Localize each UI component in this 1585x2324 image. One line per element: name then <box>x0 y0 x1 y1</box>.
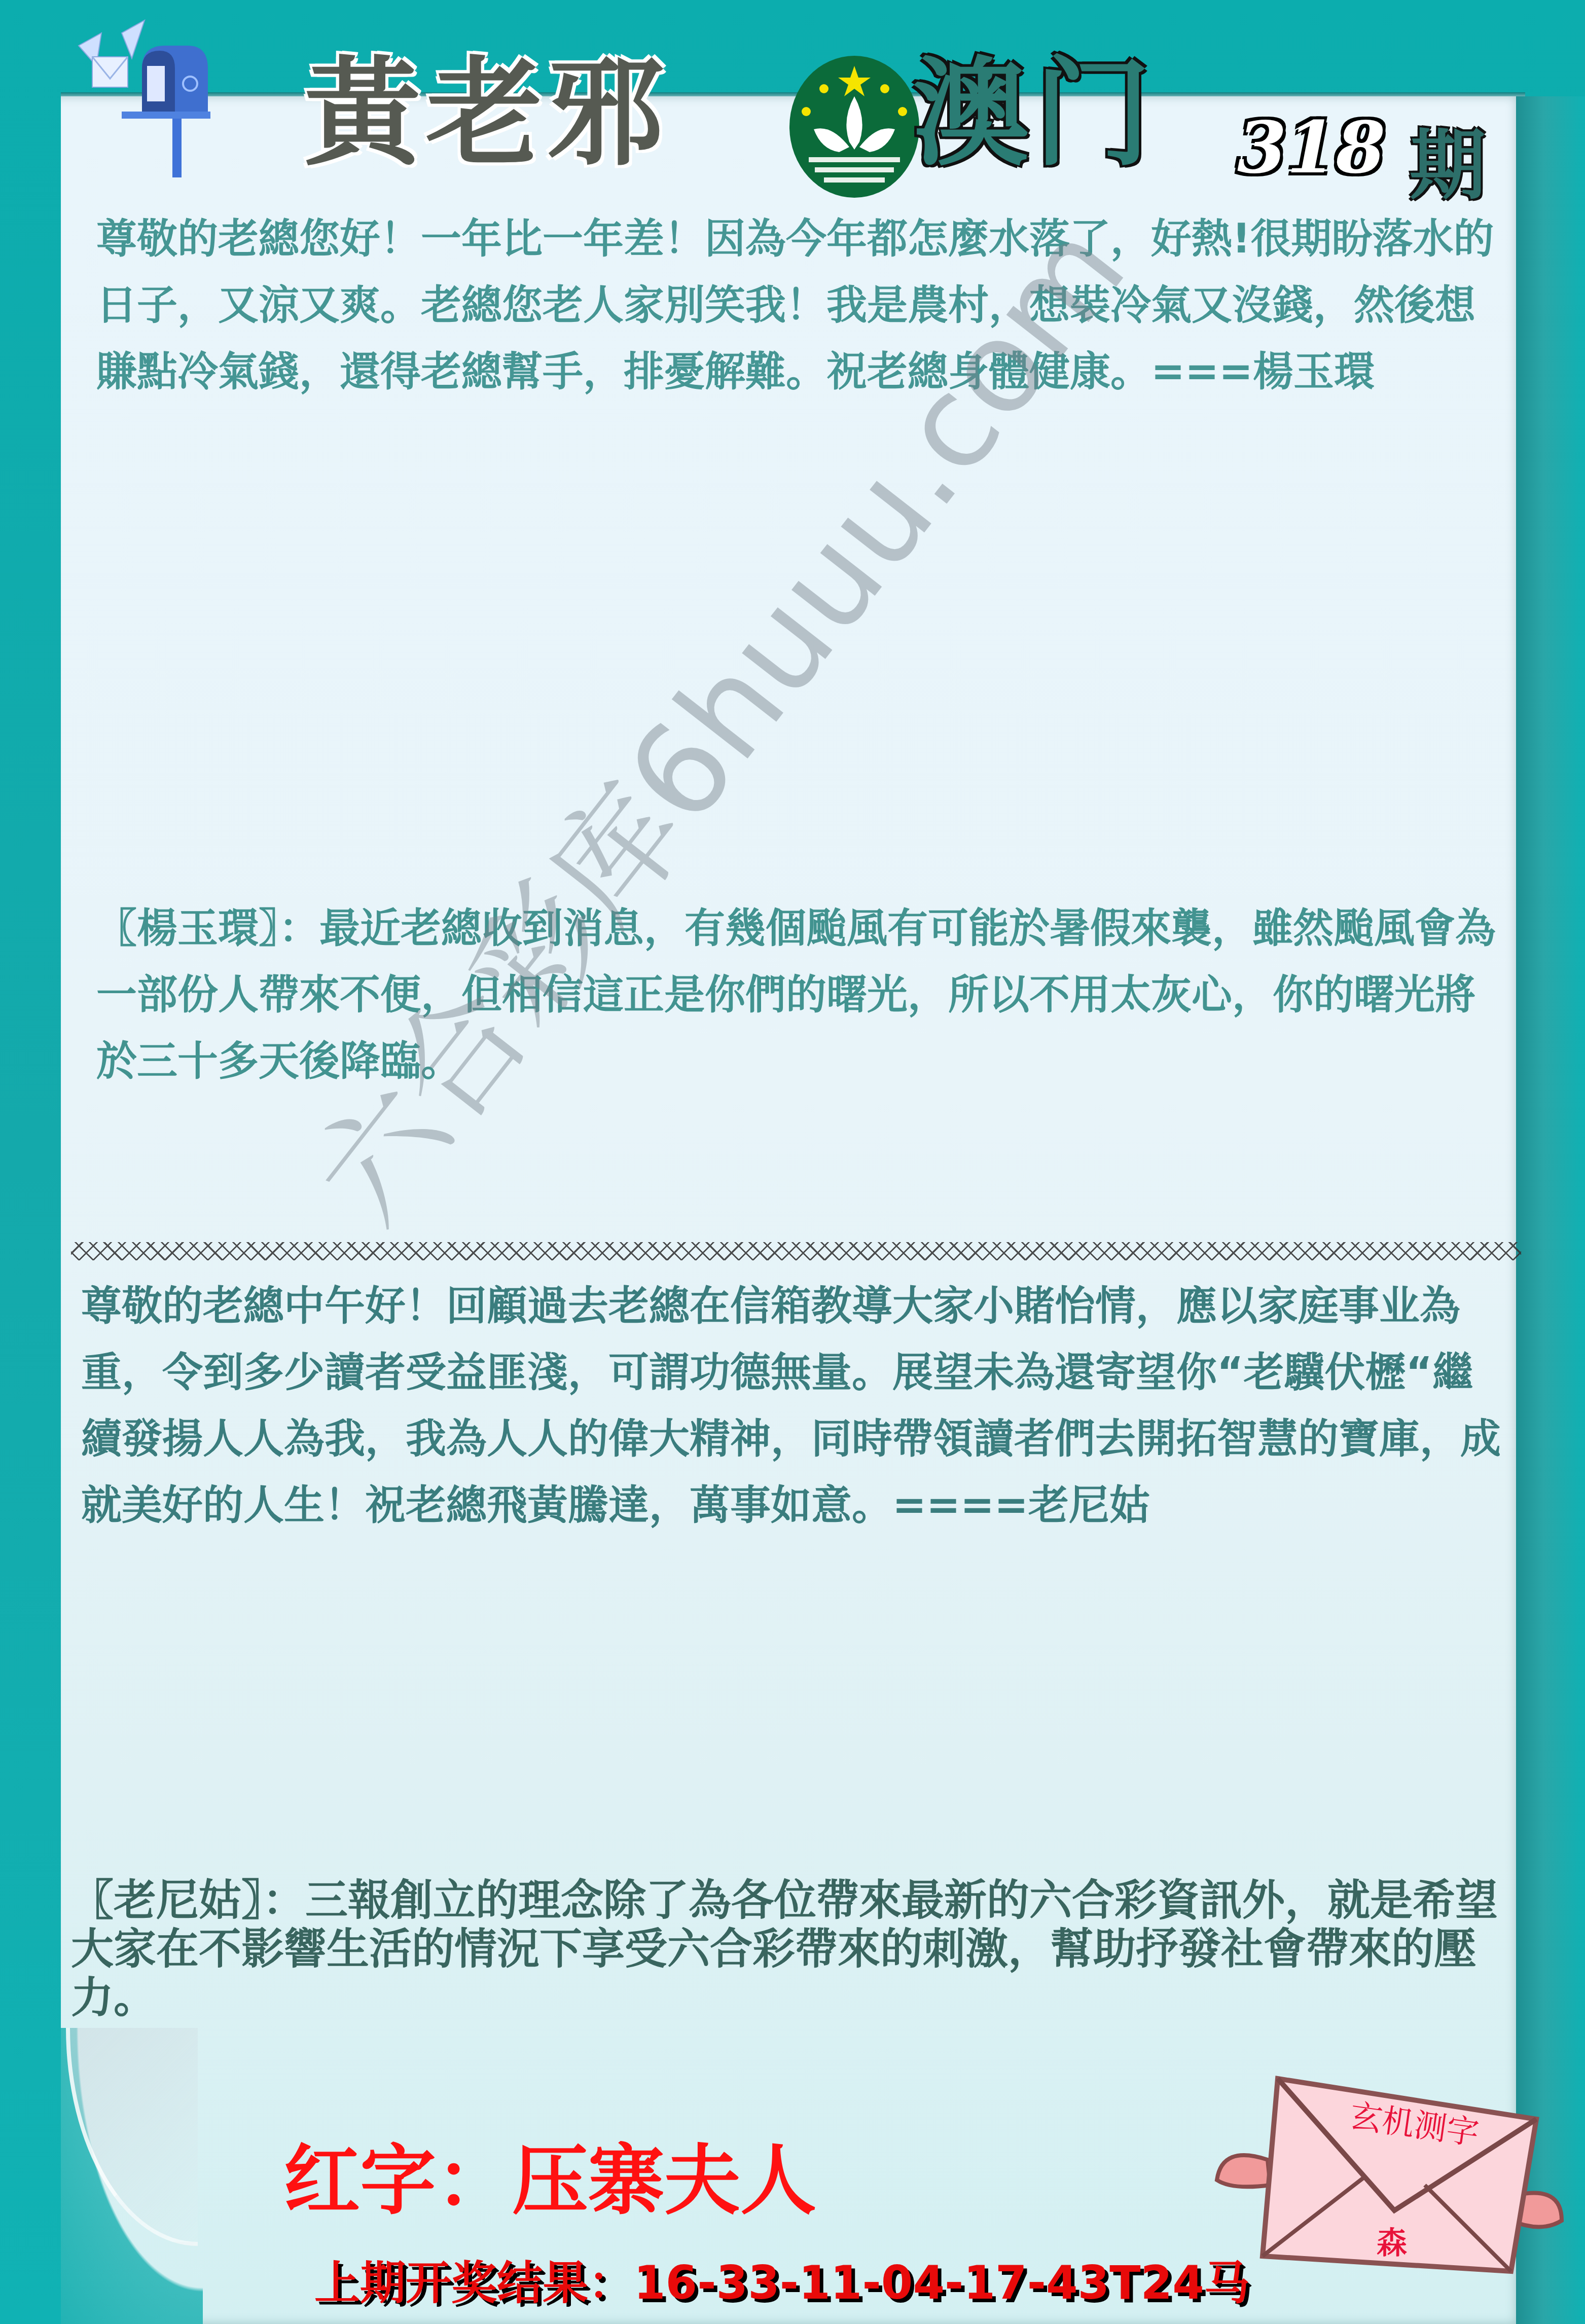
red-word-label: 红字：压寨夫人 <box>284 2119 816 2229</box>
winged-envelope-icon: 玄机测字 森 <box>1212 2058 1567 2276</box>
title-main: 黃老邪 <box>304 41 669 188</box>
last-result: 上期开奖结果：16-33-11-04-17-43T24马 <box>314 2246 1250 2312</box>
editor-reply-2: 〖老尼姑〗：三報創立的理念除了為各位帶來最新的六合彩資訊外，就是希望大家在不影響… <box>71 1876 1511 2022</box>
issue-number: 318 <box>1237 106 1385 190</box>
mailbox-icon <box>51 10 264 177</box>
zigzag-divider <box>71 1242 1521 1260</box>
issue-suffix: 期 <box>1410 104 1486 213</box>
header: 黃老邪 澳门 318 期 <box>0 0 1585 198</box>
flying-envelope-icon <box>79 20 145 87</box>
reader-letter-2: 尊敬的老總中午好！回顧過去老總在信箱教導大家小賭怡情，應以家庭事业為重，令到多少… <box>81 1273 1501 1538</box>
paper-right-edge <box>1516 96 1585 2324</box>
macau-emblem-icon <box>783 53 925 200</box>
title-city: 澳门 <box>913 41 1156 188</box>
envelope-char: 森 <box>1377 2226 1407 2261</box>
reader-letter-1: 尊敬的老總您好！一年比一年差！因為今年都怎麼水落了，好熱!很期盼落水的日子，又涼… <box>96 205 1506 405</box>
editor-reply-1: 〖楊玉環〗：最近老總收到消息，有幾個颱風有可能於暑假來襲，雖然颱風會為一部份人帶… <box>96 895 1506 1094</box>
